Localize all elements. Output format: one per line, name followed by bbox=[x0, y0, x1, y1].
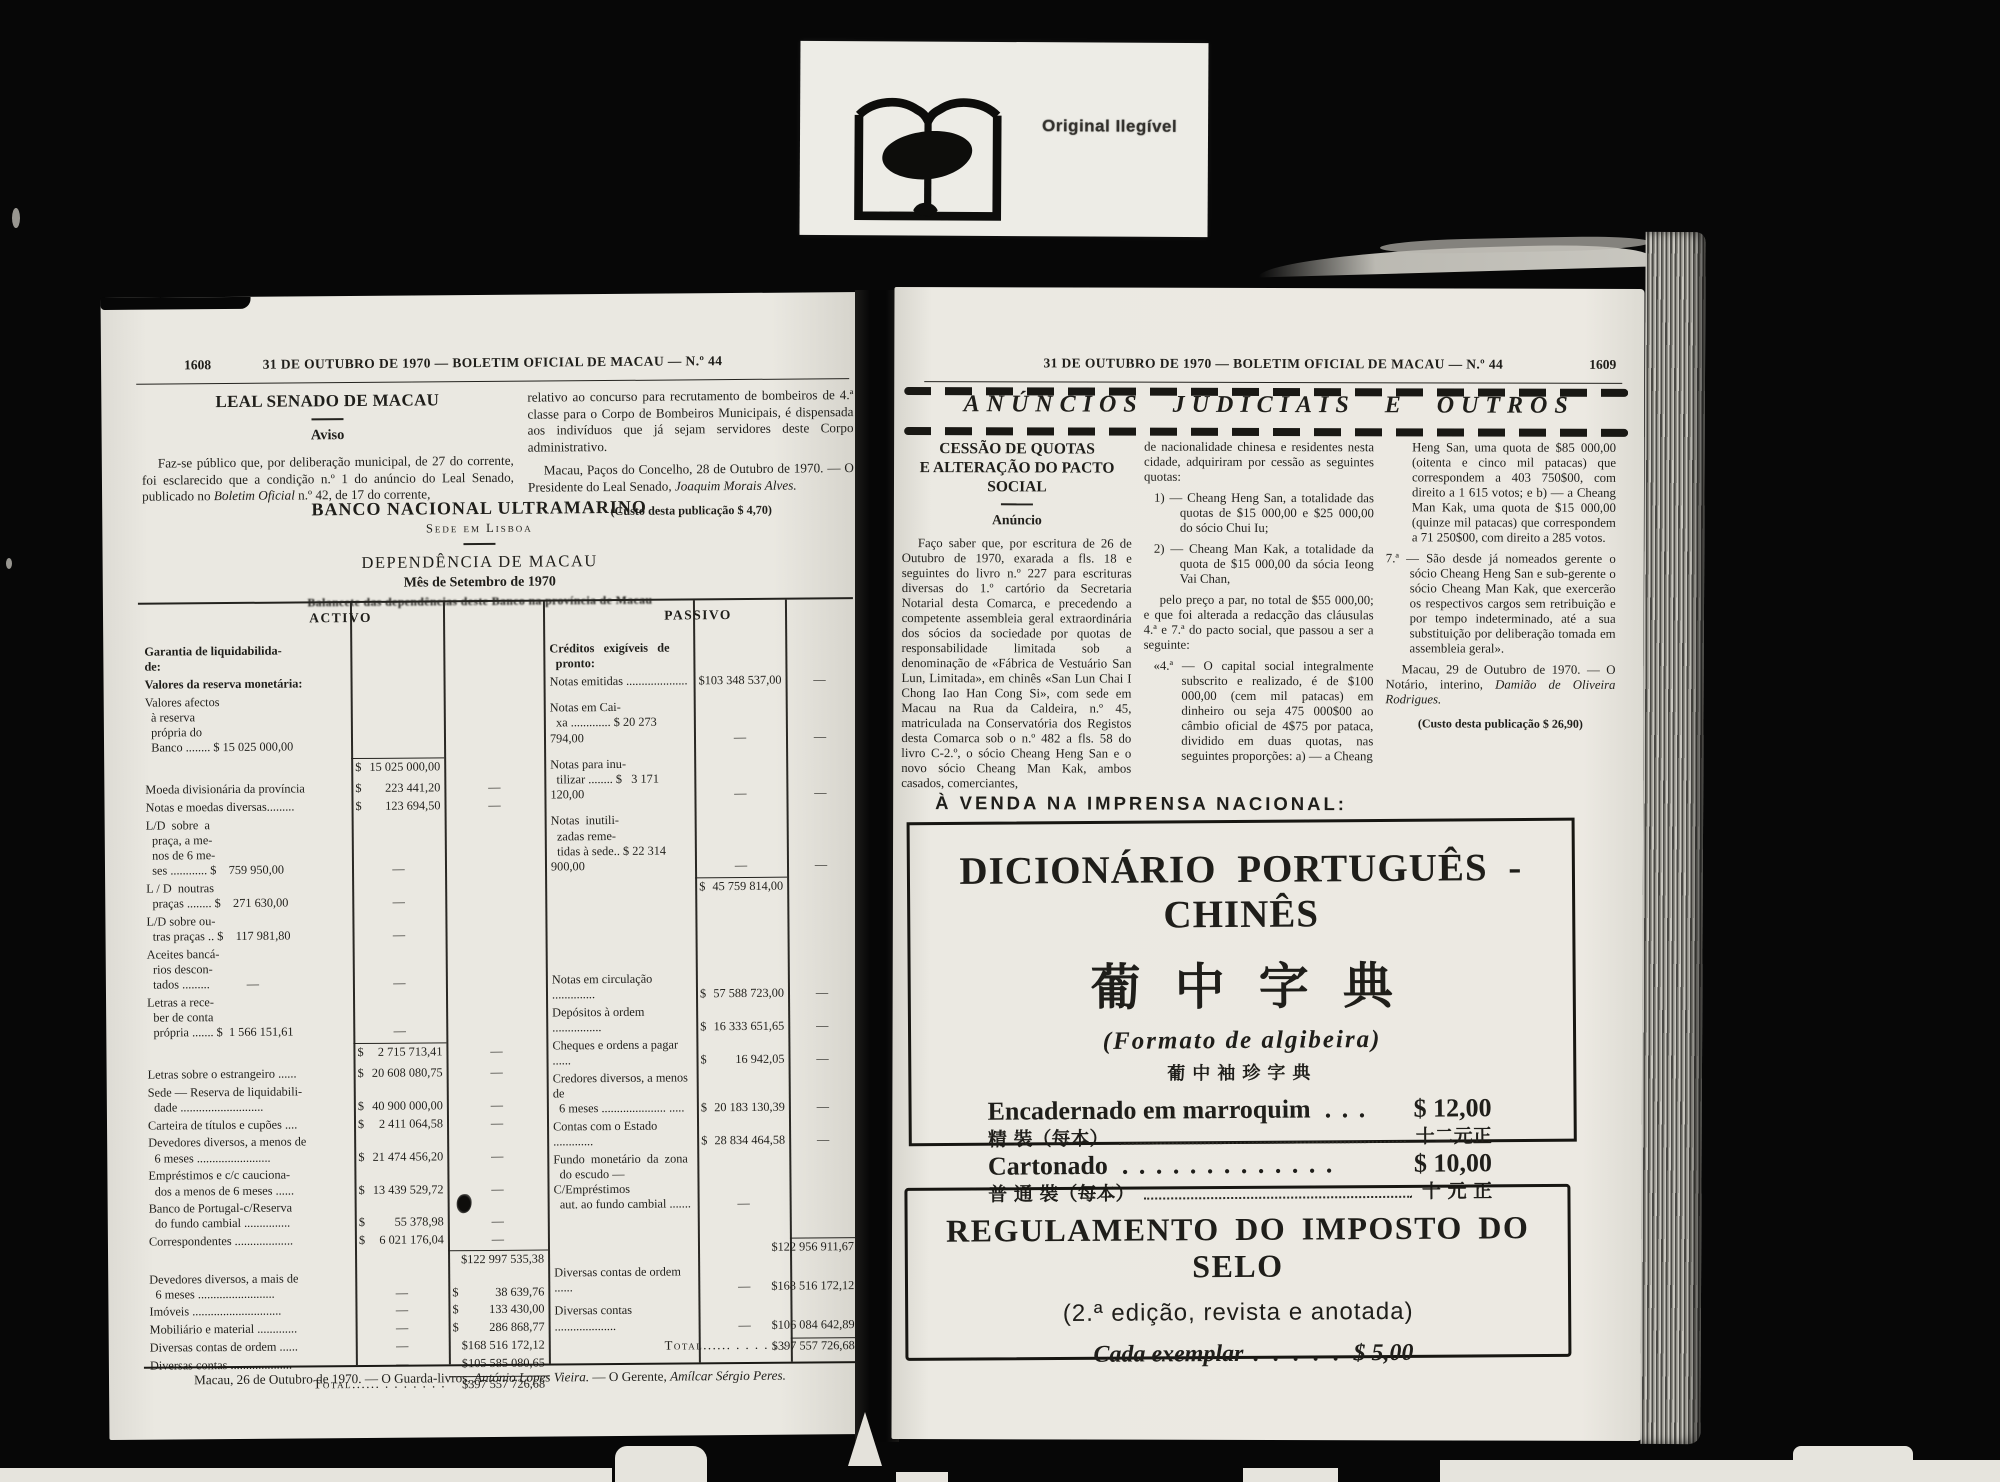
table-row: Total...... . . . . . .$397 557 726,68 bbox=[549, 1334, 859, 1356]
bank-name: BANCO NACIONAL ULTRAMARINO bbox=[102, 495, 856, 522]
table-cell: — bbox=[786, 755, 854, 801]
table-cell: — bbox=[352, 816, 445, 878]
table-cell: $20 183 130,39 bbox=[697, 1069, 789, 1115]
table-row: Notas emitidas ....................$103 … bbox=[543, 672, 853, 690]
regulation-subtitle: (2.ª edição, revista e anotada) bbox=[908, 1297, 1568, 1329]
table-cell: $223 441,20 bbox=[351, 780, 444, 796]
film-artifact bbox=[615, 1446, 707, 1482]
table-cell: L/D sobre a praça, a me- nos de 6 me- se… bbox=[140, 817, 352, 879]
table-cell bbox=[443, 642, 543, 673]
passivo-column: Créditos exigíveis de pronto:Notas emiti… bbox=[543, 639, 859, 1358]
table-cell: Diversas contas de ordem ...... bbox=[548, 1264, 698, 1296]
table-cell bbox=[444, 692, 544, 754]
table-cell: $122 956 911,67 bbox=[790, 1238, 858, 1256]
illegible-stamp: Original Ilegível bbox=[799, 41, 1208, 237]
table-cell bbox=[141, 1043, 353, 1062]
left-page: 1608 31 DE OUTUBRO DE 1970 — BOLETIM OFI… bbox=[101, 292, 872, 1440]
table-cell: — bbox=[446, 1041, 546, 1059]
table-cell: $2 715 713,41 bbox=[353, 1042, 446, 1060]
table-cell bbox=[139, 758, 351, 777]
table-cell: Contas com o Estado ............. bbox=[547, 1118, 697, 1150]
right-page: 31 DE OUTUBRO DE 1970 — BOLETIM OFICIAL … bbox=[891, 287, 1644, 1441]
table-cell: Cheques e ordens a pagar ...... bbox=[546, 1037, 696, 1069]
price-value: $ 10,00 bbox=[1414, 1148, 1492, 1179]
table-cell: $45 759 814,00 bbox=[695, 877, 787, 895]
table-row: $122 997 535,38 bbox=[143, 1249, 548, 1269]
table-cell: Fundo monetário da zona do escudo — C/Em… bbox=[547, 1151, 697, 1213]
regulation-title: REGULAMENTO DO IMPOSTO DO SELO bbox=[908, 1209, 1568, 1287]
table-cell bbox=[693, 640, 785, 671]
price-label: Cartonado bbox=[988, 1151, 1108, 1182]
dictionary-title-chinese: 葡中字典 bbox=[910, 945, 1572, 1022]
table-row: Contas com o Estado .............$28 834… bbox=[547, 1117, 857, 1150]
notice-title-line2: E ALTERAÇÃO DO PACTO SOCIAL bbox=[902, 458, 1132, 497]
publication-cost: (Custo desta publicação $ 26,90) bbox=[1385, 716, 1615, 732]
table-row: $45 759 814,00 bbox=[545, 876, 855, 896]
notice-paragraph: Heng San, uma quota de $85 000,00 (oiten… bbox=[1386, 440, 1616, 546]
table-cell: $123 694,50 bbox=[351, 798, 444, 814]
table-row: Devedores diversos, a menos de 6 meses .… bbox=[142, 1133, 547, 1167]
table-cell: Notas e moedas diversas......... bbox=[139, 799, 351, 816]
table-cell bbox=[350, 642, 443, 673]
page-number: 1609 bbox=[1589, 357, 1616, 373]
aviso-heading: Aviso bbox=[142, 426, 514, 446]
running-header-row-right: 31 DE OUTUBRO DE 1970 — BOLETIM OFICIAL … bbox=[924, 355, 1622, 384]
table-gap bbox=[545, 899, 856, 972]
table-cell: — bbox=[444, 797, 544, 813]
table-cell: — bbox=[788, 1003, 856, 1034]
table-cell: Letras a rece- ber de conta própria ....… bbox=[141, 994, 353, 1041]
price-label: 精 裝（每本） bbox=[988, 1124, 1109, 1152]
price-line: 精 裝（每本） 十二元正 bbox=[988, 1121, 1492, 1152]
notice-title-line1: CESSÃO DE QUOTAS bbox=[902, 439, 1132, 459]
open-book-icon bbox=[838, 83, 1019, 228]
notice-clause: «4.ª — O capital social integralmente su… bbox=[1143, 659, 1373, 765]
table-row: Diversas contas de ordem ......—$168 516… bbox=[144, 1337, 549, 1355]
table-cell: $57 588 723,00 bbox=[696, 971, 788, 1002]
table-cell: $2 411 064,58 bbox=[354, 1116, 447, 1132]
table-cell: Notas em Cai- xa ............. $ 20 273 … bbox=[544, 699, 694, 746]
table-cell: — bbox=[789, 1117, 857, 1148]
notice-clause: 7.ª — São desde já nomeados gerente o só… bbox=[1386, 551, 1616, 657]
page-corner-shadow bbox=[101, 297, 251, 310]
table-cell: $15 025 000,00 bbox=[351, 757, 444, 775]
price-value: 十二元正 bbox=[1416, 1121, 1492, 1149]
table-row: Notas em Cai- xa ............. $ 20 273 … bbox=[544, 698, 854, 746]
scalloped-rule-bottom bbox=[904, 427, 1628, 437]
table-cell bbox=[787, 876, 855, 894]
table-cell: — bbox=[355, 1270, 448, 1301]
table-cell: — bbox=[356, 1338, 449, 1354]
table-cell: — bbox=[695, 812, 787, 874]
table-cell bbox=[445, 815, 545, 877]
table-cell: $168 516 172,12 bbox=[790, 1263, 858, 1294]
table-cell: Notas em circulação .............. bbox=[546, 971, 696, 1003]
table-row: Diversas contas de ordem ......—$168 516… bbox=[548, 1263, 858, 1296]
table-cell: — bbox=[444, 780, 544, 796]
table-cell: — bbox=[694, 755, 786, 801]
table-row: L/D sobre a praça, a me- nos de 6 me- se… bbox=[140, 815, 545, 879]
table-cell: $55 378,98 bbox=[355, 1200, 448, 1231]
table-row: Notas inutili- zadas reme- tidas à sede.… bbox=[545, 811, 855, 874]
table-row: Imóveis .............................—$1… bbox=[143, 1302, 548, 1320]
notice-col1: CESSÃO DE QUOTAS E ALTERAÇÃO DO PACTO SO… bbox=[901, 439, 1132, 798]
price-label: Encadernado em marroquim bbox=[987, 1094, 1310, 1126]
bank-branch: DEPENDÊNCIA DE MACAU bbox=[103, 549, 857, 575]
price-line: Cartonado . . . . . . . . . . . . . $ 10… bbox=[988, 1148, 1492, 1182]
aviso-signature: Macau, Paços do Concelho, 28 de Outubro … bbox=[528, 460, 854, 496]
aviso-continuation: relativo ao concurso para recrutamento d… bbox=[527, 387, 854, 456]
table-cell: Mobiliário e material ............. bbox=[144, 1321, 356, 1338]
section-title: ANÚNCIOS JUDICIAIS E OUTROS bbox=[894, 391, 1644, 420]
table-cell: Créditos exigíveis de pronto: bbox=[543, 640, 693, 672]
running-header-row-left: 1608 31 DE OUTUBRO DE 1970 — BOLETIM OFI… bbox=[136, 352, 849, 385]
leal-senado-title: LEAL SENADO DE MACAU bbox=[141, 390, 513, 413]
dictionary-format-chinese: 葡中袖珍字典 bbox=[911, 1057, 1573, 1088]
table-row: L/D sobre ou- tras praças .. $ 117 981,8… bbox=[140, 911, 545, 945]
running-header: 31 DE OUTUBRO DE 1970 — BOLETIM OFICIAL … bbox=[136, 352, 849, 374]
notice-subtitle: Anúncio bbox=[902, 512, 1132, 528]
sale-heading: À VENDA NA IMPRENSA NACIONAL: bbox=[935, 792, 1347, 815]
table-cell bbox=[548, 1239, 698, 1257]
price-value: $ 12,00 bbox=[1413, 1093, 1491, 1124]
table-row: Garantia de liquidabilida- de: bbox=[138, 642, 543, 676]
regulation-ad-box: REGULAMENTO DO IMPOSTO DO SELO (2.ª ediç… bbox=[904, 1184, 1571, 1361]
table-cell: Imóveis ............................. bbox=[143, 1303, 355, 1320]
table-cell: $20 608 080,75 bbox=[354, 1065, 447, 1081]
table-cell bbox=[444, 756, 544, 774]
divider bbox=[1001, 503, 1033, 505]
table-cell: Depósitos à ordem ................ bbox=[546, 1004, 696, 1036]
film-artifact bbox=[1243, 1468, 1338, 1482]
table-cell: $397 557 726,68 bbox=[791, 1337, 859, 1354]
table-cell bbox=[545, 877, 695, 895]
table-cell: — bbox=[694, 699, 786, 745]
table-row: Devedores diversos, a mais de 6 meses ..… bbox=[143, 1269, 548, 1303]
table-cell: Aceites bancá- rios descon- tados ......… bbox=[141, 946, 353, 993]
table-cell: L/D sobre ou- tras praças .. $ 117 981,8… bbox=[140, 913, 352, 945]
footer-text: — O Gerente, bbox=[589, 1369, 670, 1385]
balance-sheet-table: ACTIVO PASSIVO Garantia de liquidabilida… bbox=[138, 597, 859, 1369]
table-row: Créditos exigíveis de pronto: bbox=[543, 639, 853, 672]
table-row: Letras a rece- ber de conta própria ....… bbox=[141, 992, 546, 1041]
table-cell: — bbox=[697, 1150, 789, 1212]
table-cell: — bbox=[789, 1069, 857, 1115]
table-row: Valores da reserva monetária: bbox=[139, 674, 544, 692]
table-cell: $28 834 464,58 bbox=[697, 1117, 789, 1148]
table-row: $2 715 713,41— bbox=[141, 1041, 546, 1061]
table-cell: Sede — Reserva de liquidabili- dade ....… bbox=[142, 1084, 354, 1116]
table-cell bbox=[445, 911, 545, 942]
table-row: Carteira de títulos e cupões ....$2 411 … bbox=[142, 1115, 547, 1133]
table-cell: $40 900 000,00 bbox=[354, 1083, 447, 1114]
table-cell: $286 868,77 bbox=[449, 1320, 549, 1336]
notice-paragraph: pelo preço a par, no total de $55 000,00… bbox=[1144, 593, 1374, 654]
table-cell: Correspondentes ................... bbox=[143, 1233, 355, 1250]
table-cell bbox=[351, 675, 444, 691]
table-cell bbox=[445, 878, 545, 909]
table-cell: Letras sobre o estrangeiro ...... bbox=[142, 1066, 354, 1083]
table-cell: Notas para inu- tilizar ........ $ 3 171… bbox=[544, 756, 694, 803]
footer-name: António Lopes Vieira. bbox=[474, 1369, 589, 1385]
table-cell: Valores da reserva monetária: bbox=[139, 676, 351, 693]
table-cell: — bbox=[447, 1166, 547, 1197]
signature-name: Joaquim Morais Alves. bbox=[675, 478, 797, 494]
table-row: Valores afectos à reserva própria do Ban… bbox=[139, 692, 544, 756]
table-row: Moeda divisionária da província$223 441,… bbox=[139, 780, 544, 798]
table-cell: — bbox=[447, 1065, 547, 1081]
table-row: $15 025 000,00 bbox=[139, 756, 544, 776]
bank-month: Mês de Setembro de 1970 bbox=[103, 572, 857, 594]
table-cell: $133 430,00 bbox=[448, 1302, 548, 1318]
table-cell: Empréstimos e c/c cauciona- dos a menos … bbox=[142, 1167, 354, 1199]
table-row: Notas em circulação ..............$57 58… bbox=[546, 970, 856, 1003]
table-cell: $168 516 172,12 bbox=[449, 1337, 549, 1353]
price-dots: . . . bbox=[1311, 1094, 1368, 1124]
bank-heading: BANCO NACIONAL ULTRAMARINO Sede em Lisbo… bbox=[102, 495, 857, 612]
notice-paragraph: de nacionalidade chinesa e residentes ne… bbox=[1144, 440, 1374, 486]
film-speck bbox=[6, 558, 12, 569]
film-artifact bbox=[0, 1468, 612, 1482]
table-row: Aceites bancá- rios descon- tados ......… bbox=[141, 944, 546, 993]
table-cell: — bbox=[355, 1303, 448, 1319]
table-cell: — bbox=[787, 811, 855, 872]
film-artifact bbox=[1793, 1446, 1913, 1462]
dictionary-title: DICIONÁRIO PORTUGUÊS - CHINÊS bbox=[910, 845, 1573, 940]
table-cell: — bbox=[352, 912, 445, 943]
activo-header: ACTIVO bbox=[138, 609, 543, 638]
table-row: Correspondentes ...................$6 02… bbox=[143, 1232, 548, 1250]
table-row: Notas e moedas diversas.........$123 694… bbox=[139, 797, 544, 815]
notice-paragraph: Faço saber que, por escritura de 26 de O… bbox=[901, 536, 1132, 792]
table-cell: — bbox=[788, 1036, 856, 1067]
table-row: Banco de Portugal-c/Reserva do fundo cam… bbox=[143, 1199, 548, 1233]
table-cell: Devedores diversos, a mais de 6 meses ..… bbox=[143, 1271, 355, 1303]
running-header: 31 DE OUTUBRO DE 1970 — BOLETIM OFICIAL … bbox=[924, 355, 1622, 373]
table-cell bbox=[355, 1250, 448, 1268]
table-cell: $38 639,76 bbox=[448, 1269, 548, 1300]
dictionary-format: (Formato de algibeira) bbox=[911, 1025, 1573, 1058]
notice-columns: CESSÃO DE QUOTAS E ALTERAÇÃO DO PACTO SO… bbox=[901, 439, 1618, 799]
divider bbox=[463, 543, 495, 545]
film-background: Original Ilegível 1608 31 DE OUTUBRO DE … bbox=[0, 0, 2000, 1482]
table-cell: Credores diversos, a menos de 6 meses ..… bbox=[547, 1070, 697, 1117]
table-row: Notas para inu- tilizar ........ $ 3 171… bbox=[544, 755, 854, 803]
table-cell: Notas emitidas .................... bbox=[543, 673, 693, 689]
table-cell: $103 348 537,00 bbox=[693, 673, 785, 689]
table-cell bbox=[444, 674, 544, 690]
price-label: Cada exemplar bbox=[1093, 1341, 1243, 1369]
table-cell: Banco de Portugal-c/Reserva do fundo cam… bbox=[143, 1200, 355, 1232]
table-cell: — bbox=[447, 1133, 547, 1164]
table-cell: — bbox=[785, 672, 853, 688]
table-cell: — bbox=[356, 1356, 449, 1372]
page-edges-right bbox=[1640, 232, 1705, 1444]
table-row: $122 956 911,67 bbox=[548, 1238, 858, 1258]
table-cell: $21 474 456,20 bbox=[354, 1134, 447, 1165]
table-cell: $16 333 651,65 bbox=[696, 1003, 788, 1034]
table-cell bbox=[446, 944, 546, 990]
footer-name: Amílcar Sérgio Peres. bbox=[670, 1368, 786, 1384]
table-row: Mobiliário e material .............—$286… bbox=[144, 1320, 549, 1338]
price-dots: . . . . . . . . . . . . . bbox=[1108, 1149, 1335, 1181]
dotted-leader bbox=[1118, 1141, 1405, 1145]
notice-col3: Heng San, uma quota de $85 000,00 (oiten… bbox=[1385, 440, 1616, 799]
film-artifact bbox=[896, 1472, 948, 1482]
footer-text: Macau, 26 de Outubro de 1970. — O Guarda… bbox=[194, 1370, 474, 1387]
notice-col2: de nacionalidade chinesa e residentes ne… bbox=[1143, 440, 1374, 799]
stamp-label: Original Ilegível bbox=[1042, 116, 1192, 137]
table-cell: $106 084 642,89 bbox=[790, 1301, 858, 1332]
table-row: Depósitos à ordem ................$16 33… bbox=[546, 1003, 856, 1036]
divider bbox=[311, 418, 343, 420]
table-cell bbox=[446, 992, 546, 1038]
dictionary-ad-box: DICIONÁRIO PORTUGUÊS - CHINÊS 葡中字典 (Form… bbox=[907, 818, 1577, 1147]
notice-list-item: 2) — Cheang Man Kak, a totalidade da quo… bbox=[1144, 542, 1374, 588]
table-cell: Devedores diversos, a menos de 6 meses .… bbox=[142, 1134, 354, 1166]
table-row: Credores diversos, a menos de 6 meses ..… bbox=[547, 1069, 857, 1117]
regulation-price-line: Cada exemplar . . . . . . . . $ 5,00 bbox=[1093, 1340, 1413, 1369]
table-cell: $13 439 529,72 bbox=[354, 1167, 447, 1198]
table-gap bbox=[548, 1213, 858, 1240]
table-row: L / D noutras praças ........ $ 271 630,… bbox=[140, 878, 545, 912]
table-cell: — bbox=[788, 970, 856, 1001]
table-cell bbox=[351, 693, 444, 755]
table-cell: — bbox=[448, 1232, 548, 1248]
table-cell: $16 942,05 bbox=[696, 1036, 788, 1067]
notice-list-item: 1) — Cheang Heng San, a totalidade das q… bbox=[1144, 491, 1374, 537]
table-cell: $6 021 176,04 bbox=[355, 1232, 448, 1248]
table-cell: Notas inutili- zadas reme- tidas à sede.… bbox=[545, 813, 695, 875]
table-cell bbox=[785, 639, 853, 670]
film-speck bbox=[12, 208, 20, 228]
table-cell: — bbox=[447, 1082, 547, 1113]
table-cell: — bbox=[356, 1320, 449, 1336]
table-cell: Moeda divisionária da província bbox=[139, 781, 351, 798]
table-row: Letras sobre o estrangeiro ......$20 608… bbox=[142, 1065, 547, 1083]
price-dots: . . . . . . . . bbox=[1243, 1340, 1353, 1368]
activo-column: Garantia de liquidabilida- de:Valores da… bbox=[138, 642, 549, 1362]
table-row: Fundo monetário da zona do escudo — C/Em… bbox=[547, 1150, 857, 1213]
table-cell: Garantia de liquidabilida- de: bbox=[138, 643, 350, 675]
table-cell: — bbox=[353, 993, 446, 1039]
table-cell: Total...... . . . . . . bbox=[549, 1338, 791, 1356]
table-cell: — bbox=[352, 879, 445, 910]
table-row: Cheques e ordens a pagar ......$16 942,0… bbox=[546, 1036, 856, 1069]
table-cell bbox=[143, 1251, 355, 1270]
table-row: Diversas contas ....................—$10… bbox=[548, 1301, 858, 1334]
table-row: Sede — Reserva de liquidabili- dade ....… bbox=[142, 1082, 547, 1116]
table-cell: Diversas contas de ordem ...... bbox=[144, 1339, 356, 1356]
table-cell: — bbox=[786, 698, 854, 744]
table-cell: — bbox=[353, 945, 446, 991]
table-cell: L / D noutras praças ........ $ 271 630,… bbox=[140, 880, 352, 912]
table-cell: Diversas contas .................... bbox=[548, 1303, 698, 1335]
table-cell: Carteira de títulos e cupões .... bbox=[142, 1117, 354, 1134]
table-cell bbox=[789, 1150, 857, 1211]
price-value: $ 5,00 bbox=[1353, 1340, 1413, 1367]
table-cell: — bbox=[447, 1115, 547, 1131]
notice-signature: Macau, 29 de Outubro de 1970. — O Notári… bbox=[1385, 662, 1615, 708]
film-artifact bbox=[1440, 1460, 2000, 1482]
bank-seat: Sede em Lisboa bbox=[102, 518, 856, 539]
table-row: Empréstimos e c/c cauciona- dos a menos … bbox=[142, 1166, 547, 1200]
table-cell: Valores afectos à reserva própria do Ban… bbox=[139, 694, 351, 756]
passivo-header: PASSIVO bbox=[543, 606, 853, 634]
table-cell: $122 997 535,38 bbox=[448, 1249, 548, 1267]
